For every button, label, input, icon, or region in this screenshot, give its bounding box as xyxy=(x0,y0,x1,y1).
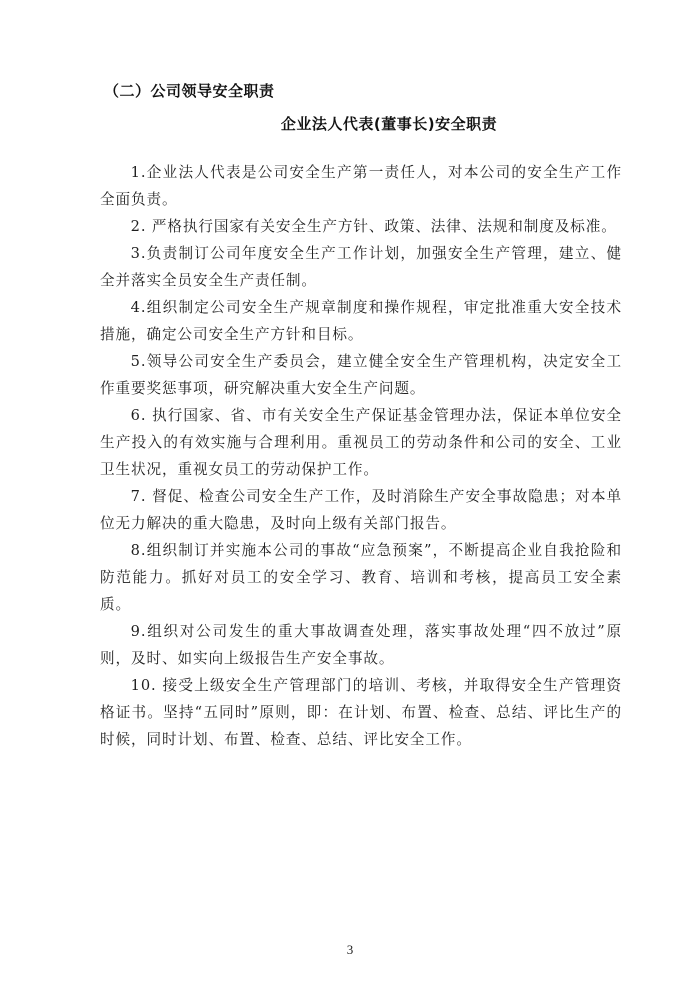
paragraph-10: 10. 接受上级安全生产管理部门的培训、考核，并取得安全生产管理资格证书。坚持“… xyxy=(100,672,622,753)
paragraph-8: 8.组织制订并实施本公司的事故“应急预案”，不断提高企业自我抢险和防范能力。抓好… xyxy=(100,537,622,618)
paragraph-9: 9.组织对公司发生的重大事故调查处理，落实事故处理“四不放过”原则，及时、如实向… xyxy=(100,618,622,672)
section-heading: （二）公司领导安全职责 xyxy=(104,80,275,101)
paragraph-5: 5.领导公司安全生产委员会，建立健全安全生产管理机构，决定安全工作重要奖惩事项，… xyxy=(100,348,622,402)
page-number: 3 xyxy=(0,942,700,958)
paragraph-2: 2. 严格执行国家有关安全生产方针、政策、法律、法规和制度及标准。 xyxy=(100,213,622,240)
document-title: 企业法人代表(董事长)安全职责 xyxy=(0,113,700,134)
responsibilities-list: 1.企业法人代表是公司安全生产第一责任人，对本公司的安全生产工作全面负责。 2.… xyxy=(100,159,622,753)
paragraph-7: 7. 督促、检查公司安全生产工作，及时消除生产安全事故隐患；对本单位无力解决的重… xyxy=(100,483,622,537)
paragraph-3: 3.负责制订公司年度安全生产工作计划，加强安全生产管理，建立、健全并落实全员安全… xyxy=(100,240,622,294)
paragraph-4: 4.组织制定公司安全生产规章制度和操作规程，审定批准重大安全技术措施，确定公司安… xyxy=(100,294,622,348)
document-page: （二）公司领导安全职责 企业法人代表(董事长)安全职责 1.企业法人代表是公司安… xyxy=(0,0,700,990)
paragraph-1: 1.企业法人代表是公司安全生产第一责任人，对本公司的安全生产工作全面负责。 xyxy=(100,159,622,213)
paragraph-6: 6. 执行国家、省、市有关安全生产保证基金管理办法，保证本单位安全生产投入的有效… xyxy=(100,402,622,483)
